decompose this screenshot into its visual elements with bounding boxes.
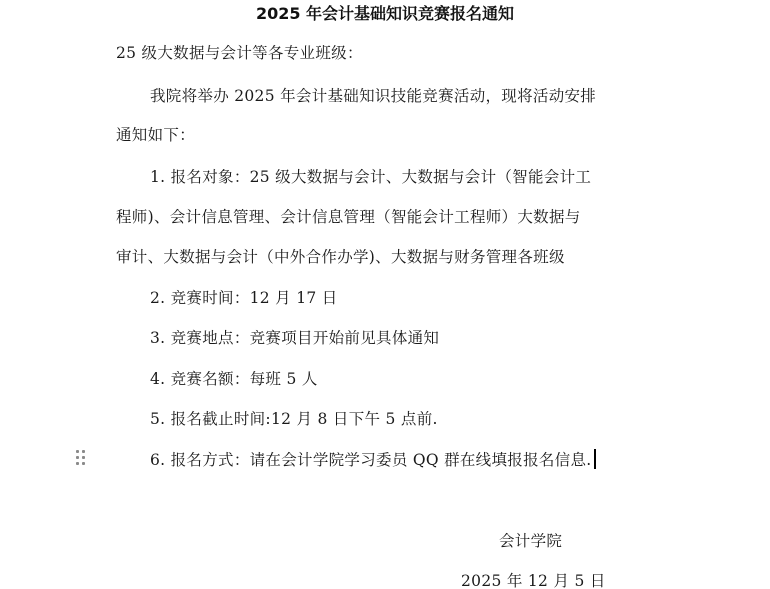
document-title: 2025 年会计基础知识竞赛报名通知 <box>0 3 770 25</box>
item-3: 3. 竞赛地点：竞赛项目开始前见具体通知 <box>150 327 439 349</box>
drag-handle-icon[interactable] <box>76 450 86 466</box>
item-1-line-1: 1. 报名对象：25 级大数据与会计、大数据与会计（智能会计工 <box>150 166 591 188</box>
item-5: 5. 报名截止时间:12 月 8 日下午 5 点前. <box>150 408 438 430</box>
salutation: 25 级大数据与会计等各专业班级： <box>116 42 363 64</box>
item-4: 4. 竞赛名额：每班 5 人 <box>150 368 318 390</box>
text-caret <box>594 449 596 469</box>
document-page[interactable]: 2025 年会计基础知识竞赛报名通知 25 级大数据与会计等各专业班级： 我院将… <box>0 0 770 589</box>
intro-line-1: 我院将举办 2025 年会计基础知识技能竞赛活动，现将活动安排 <box>150 85 596 107</box>
item-6-line[interactable]: 6. 报名方式：请在会计学院学习委员 QQ 群在线填报报名信息. <box>150 449 596 471</box>
item-2: 2. 竞赛时间：12 月 17 日 <box>150 287 338 309</box>
intro-line-2: 通知如下： <box>116 124 195 146</box>
item-1-line-2: 程师)、会计信息管理、会计信息管理（智能会计工程师）大数据与 <box>116 206 581 228</box>
item-1-line-3: 审计、大数据与会计（中外合作办学)、大数据与财务管理各班级 <box>116 246 565 268</box>
signature-date: 2025 年 12 月 5 日 <box>461 570 606 589</box>
item-6: 6. 报名方式：请在会计学院学习委员 QQ 群在线填报报名信息. <box>150 451 592 469</box>
signature-organization: 会计学院 <box>499 530 562 552</box>
